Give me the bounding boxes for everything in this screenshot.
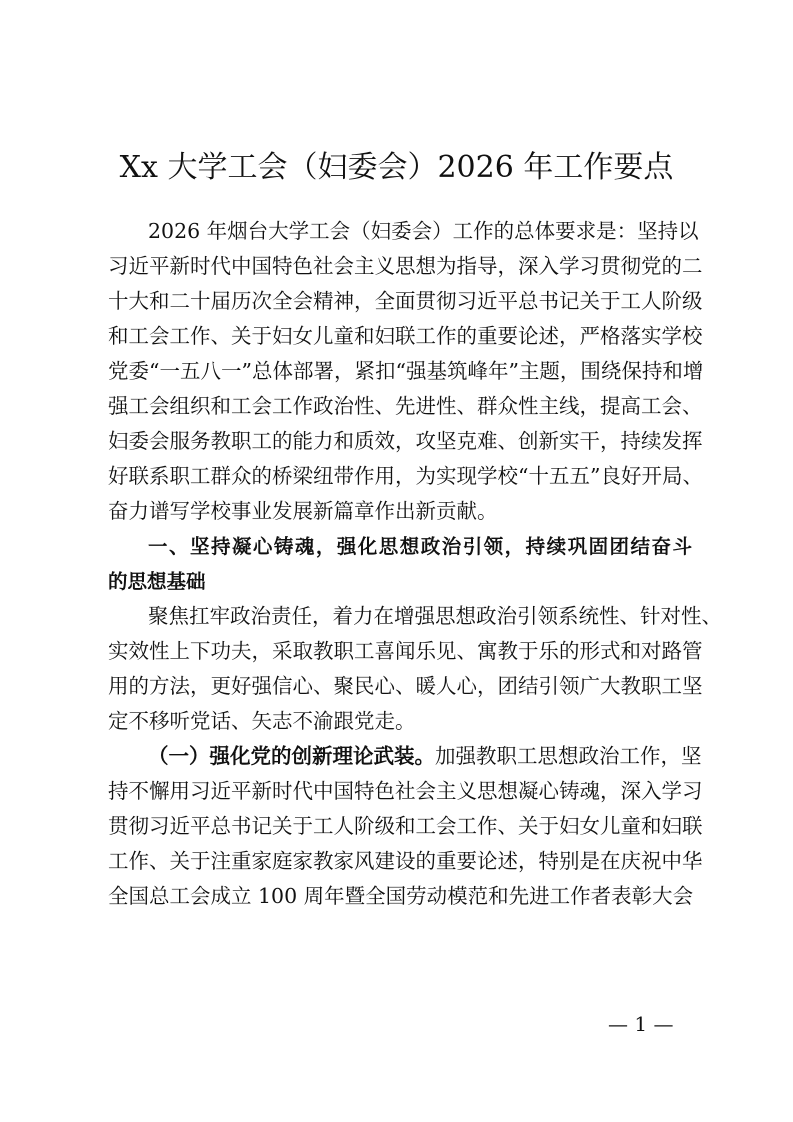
text-line: 十大和二十届历次全会精神，全面贯彻习近平总书记关于工人阶级 (108, 284, 692, 319)
text-line: 用的方法，更好强信心、聚民心、暖人心，团结引领广大教职工坚 (108, 669, 692, 704)
heading-line: 一、坚持凝心铸魂，强化思想政治引领，持续巩固团结奋斗 (108, 529, 692, 564)
text-line: 工作、关于注重家庭家教家风建设的重要论述，特别是在庆祝中华 (108, 844, 692, 879)
item-1-label: （一）强化党的创新理论武装。 (148, 744, 435, 768)
text-line: 持不懈用习近平新时代中国特色社会主义思想凝心铸魂，深入学习 (108, 774, 692, 809)
document-body: 2026 年烟台大学工会（妇委会）工作的总体要求是：坚持以 习近平新时代中国特色… (108, 214, 692, 914)
text-line: 强工会组织和工会工作政治性、先进性、群众性主线，提高工会、 (108, 389, 692, 424)
section-1-paragraph: 聚焦扛牢政治责任，着力在增强思想政治引领系统性、针对性、 实效性上下功夫，采取教… (108, 599, 692, 739)
text-line: 定不移听党话、矢志不渝跟党走。 (108, 704, 692, 739)
text-line: 贯彻习近平总书记关于工人阶级和工会工作、关于妇女儿童和妇联 (108, 809, 692, 844)
item-1-first-line: 加强教职工思想政治工作，坚 (435, 744, 702, 768)
text-line: 和工会工作、关于妇女儿童和妇联工作的重要论述，严格落实学校 (108, 319, 692, 354)
text-line: 聚焦扛牢政治责任，着力在增强思想政治引领系统性、针对性、 (108, 599, 692, 634)
text-line: 好联系职工群众的桥梁纽带作用，为实现学校“十五五”良好开局、 (108, 459, 692, 494)
text-line: 奋力谱写学校事业发展新篇章作出新贡献。 (108, 494, 692, 529)
heading-line: 的思想基础 (108, 564, 692, 599)
section-heading-1: 一、坚持凝心铸魂，强化思想政治引领，持续巩固团结奋斗 的思想基础 (108, 529, 692, 599)
text-line: 2026 年烟台大学工会（妇委会）工作的总体要求是：坚持以 (108, 214, 692, 249)
text-line: 妇委会服务教职工的能力和质效，攻坚克难、创新实干，持续发挥 (108, 424, 692, 459)
text-line: 党委“一五八一”总体部署，紧扣“强基筑峰年”主题，围绕保持和增 (108, 354, 692, 389)
text-line: （一）强化党的创新理论武装。加强教职工思想政治工作，坚 (108, 739, 692, 774)
page-number: — 1 — (608, 1012, 673, 1036)
text-line: 全国总工会成立 100 周年暨全国劳动模范和先进工作者表彰大会 (108, 879, 692, 914)
item-1-paragraph: （一）强化党的创新理论武装。加强教职工思想政治工作，坚 持不懈用习近平新时代中国… (108, 739, 692, 914)
text-line: 习近平新时代中国特色社会主义思想为指导，深入学习贯彻党的二 (108, 249, 692, 284)
intro-paragraph: 2026 年烟台大学工会（妇委会）工作的总体要求是：坚持以 习近平新时代中国特色… (108, 214, 692, 529)
text-line: 实效性上下功夫，采取教职工喜闻乐见、寓教于乐的形式和对路管 (108, 634, 692, 669)
document-title: Xx 大学工会（妇委会）2026 年工作要点 (0, 146, 793, 190)
